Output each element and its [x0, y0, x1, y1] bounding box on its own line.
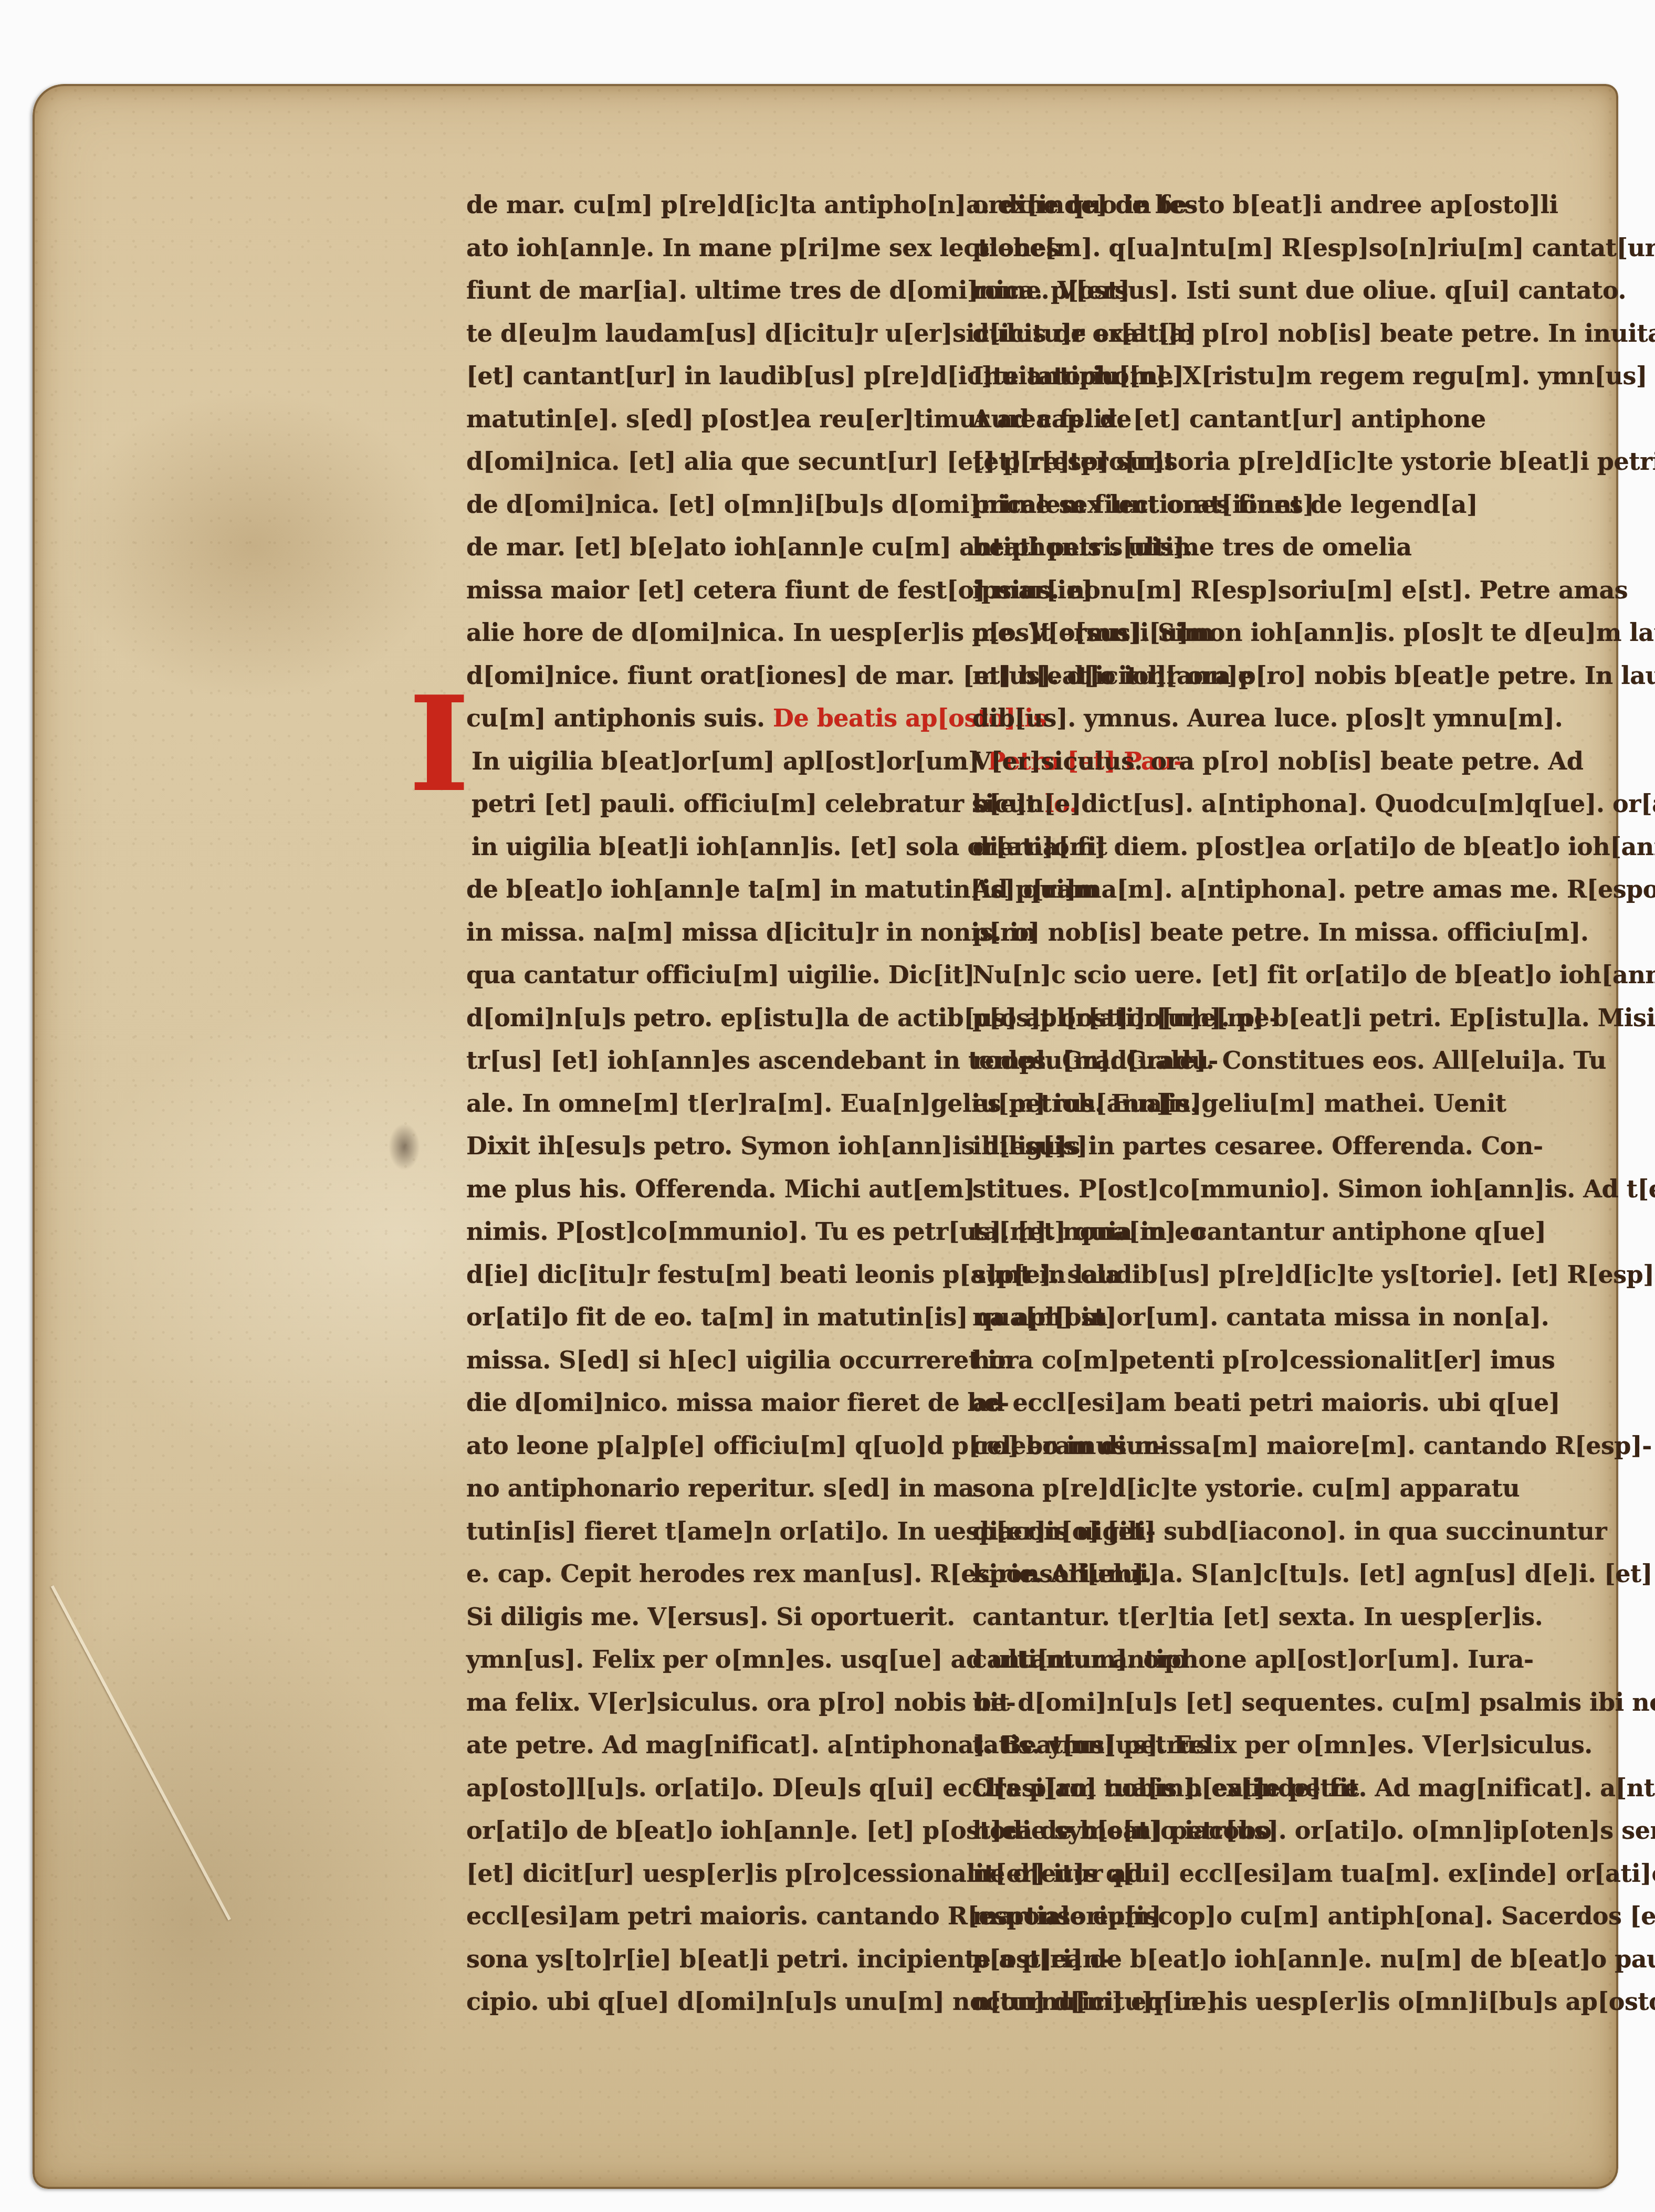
- text-line: celebramus missa[m] maiore[m]. cantando …: [972, 1425, 1434, 1468]
- text-line: n[on] d[icitu]r in his uesp[er]is o[mn]i…: [972, 1981, 1434, 2024]
- text-line: ne d[eu]s q[ui] eccl[esi]am tua[m]. ex[i…: [972, 1852, 1434, 1895]
- text-line: [et] dicit[ur] uesp[er]is p[ro]cessional…: [466, 1852, 939, 1895]
- text-line: Ora p[ro] nobis b[eat]e petre. Ad mag[ni…: [972, 1767, 1434, 1810]
- text-line: [et] cantant[ur] in laudib[us] p[re]d[ic…: [466, 355, 939, 398]
- text-line: ymn[us]. Felix per o[mn]es. usq[ue] ad u…: [466, 1638, 939, 1681]
- text-line: in uigilia b[eat]i ioh[ann]is. [et] sola…: [466, 826, 939, 869]
- text-line: alie hore de d[omi]nica. In uesp[er]is p…: [466, 612, 939, 655]
- text-line: ipsius. nonu[m] R[esp]soriu[m] e[st]. Pe…: [972, 569, 1434, 612]
- text-line: de b[eat]o ioh[ann]e ta[m] in matutin[is…: [466, 868, 939, 911]
- text-segment: petri [et] pauli. officiu[m] celebratur …: [472, 789, 1036, 818]
- red-initial-I: I: [408, 683, 451, 804]
- text-line: diacon[o] [et] subd[iacono]. in qua succ…: [972, 1510, 1434, 1553]
- text-line: Aurea felix. [et] cantant[ur] antiphone: [972, 398, 1434, 441]
- text-line: cantantur. t[er]tia [et] sexta. In uesp[…: [972, 1596, 1434, 1639]
- text-line: Inuitatoriu[m]. X[ristu]m regem regu[m].…: [972, 355, 1434, 398]
- text-line: missa maior [et] cetera fiunt de fest[o]…: [466, 569, 939, 612]
- text-line: ate petre. Ad mag[nificat]. a[ntiphona].…: [466, 1724, 939, 1767]
- text-line: e. cap. Cepit herodes rex man[us]. R[esp…: [466, 1553, 939, 1596]
- text-line: de mar. [et] b[e]ato ioh[ann]e cu[m] ant…: [466, 526, 939, 569]
- text-line: dib[us]. ymnus. Aurea luce. p[os]t ymnu[…: [972, 697, 1434, 740]
- text-line: b[e]n[e]dict[us]. a[ntiphona]. Quodcu[m]…: [972, 783, 1434, 826]
- text-line: [et] r[esp]o[n]soria p[re]d[ic]te ystori…: [972, 440, 1434, 483]
- text-line: ad eccl[esi]am beati petri maioris. ubi …: [972, 1382, 1434, 1425]
- text-line: ato ioh[ann]e. In mane p[ri]me sex lecti…: [466, 227, 939, 270]
- text-line: V[er]siculus. ora p[ro] nob[is] beate pe…: [972, 740, 1434, 783]
- text-line: Nu[n]c scio uere. [et] fit or[ati]o de b…: [972, 954, 1434, 997]
- text-line: missa. S[ed] si h[ec] uigilia occurreret…: [466, 1339, 939, 1382]
- text-line: die d[omi]nico. missa maior fieret de be…: [466, 1382, 939, 1425]
- text-line: me plus his. Offerenda. Michi aut[em]: [466, 1168, 939, 1211]
- text-line: p[os]t or[ati]o[n]e[m] b[eat]i petri. Ep…: [972, 997, 1434, 1040]
- text-line: te d[eu]m laudam[us] d[icitu]r u[er]sicu…: [466, 312, 939, 355]
- right-column: ordine quo in festo b[eat]i andree ap[os…: [972, 184, 1434, 2024]
- text-line: Dixit ih[esu]s petro. Symon ioh[ann]is d…: [466, 1125, 939, 1168]
- text-line: cantantur antiphone apl[ost]or[um]. Iura…: [972, 1638, 1434, 1681]
- text-line: prime sex lectiones fiunt de legend[a]: [972, 483, 1434, 526]
- text-line: or[ati]o de b[eat]o ioh[ann]e. [et] p[os…: [466, 1809, 939, 1852]
- text-line: hora co[m]petenti p[ro]cessionalit[er] i…: [972, 1339, 1434, 1382]
- text-segment: In uigilia b[eat]or[um] apl[ost]or[um]: [472, 747, 979, 775]
- text-line: qua cantatur officiu[m] uigilie. Dic[it]: [466, 954, 939, 997]
- text-line: d[ie] dic[itu]r festu[m] beati leonis p[…: [466, 1254, 939, 1297]
- text-line: stitues. P[ost]co[mmunio]. Simon ioh[ann…: [972, 1168, 1434, 1211]
- text-line: matutin[e]. s[ed] p[ost]ea reu[er]timur …: [466, 398, 939, 441]
- text-line: uit d[omi]n[u]s [et] sequentes. cu[m] ps…: [972, 1681, 1434, 1724]
- text-line: de d[omi]nica. [et] o[mn]i[bu]s d[omi]ni…: [466, 483, 939, 526]
- text-line: rodes. Grad[uale]. Constitues eos. All[e…: [972, 1039, 1434, 1082]
- text-line: nimis. P[ost]co[mmunio]. Tu es petr[us].…: [466, 1210, 939, 1254]
- text-line-with-rubric: In uigilia b[eat]or[um] apl[ost]or[um] P…: [466, 740, 939, 783]
- text-line-with-rubric: petri [et] pauli. officiu[m] celebratur …: [466, 783, 939, 826]
- text-line: dierna[m] diem. p[ost]ea or[ati]o de b[e…: [972, 826, 1434, 869]
- text-line: ato leone p[a]p[e] officiu[m] q[uo]d p[r…: [466, 1425, 939, 1468]
- text-line: tutin[is] fieret t[ame]n or[ati]o. In ue…: [466, 1510, 939, 1553]
- text-line: d[omi]nica. [et] alia que secunt[ur] [et…: [466, 440, 939, 483]
- text-line: ale. In omne[m] t[er]ra[m]. Eua[n]geliu[…: [466, 1082, 939, 1125]
- text-line: sunt in laudib[us] p[re]d[ic]te ys[torie…: [972, 1254, 1434, 1297]
- text-line: de mar. cu[m] p[re]d[ic]ta antipho[n]a. …: [466, 184, 939, 227]
- corner-fold-crease: [51, 1585, 231, 1921]
- ink-stain: [389, 1123, 420, 1171]
- text-line: d[icitu]r or[ati]o p[ro] nob[is] beate p…: [972, 312, 1434, 355]
- text-line: ordine quo in festo b[eat]i andree ap[os…: [972, 184, 1434, 227]
- text-line: m[us]. d[icitu]r ora p[ro] nobis b[eat]e…: [972, 655, 1434, 698]
- text-line: na apl[ost]or[um]. cantata missa in non[…: [972, 1296, 1434, 1339]
- text-line: hodie symo[n] petr[us]. or[ati]o. o[mn]i…: [972, 1809, 1434, 1852]
- text-line: es petrus. Eua[n]geliu[m] mathei. Uenit: [972, 1082, 1434, 1125]
- text-line: ta[m]. nona[m]. cantantur antiphone q[ue…: [972, 1210, 1434, 1254]
- text-line: in missa. na[m] missa d[icitu]r in nonis…: [466, 911, 939, 954]
- text-segment: cu[m] antiphonis suis.: [466, 704, 765, 732]
- text-line: p[ro] nob[is] beate petre. In missa. off…: [972, 911, 1434, 954]
- text-line: p[ost]ea de b[eat]o ioh[ann]e. nu[m] de …: [972, 1938, 1434, 1981]
- text-line: or[ati]o fit de eo. ta[m] in matutin[is]…: [466, 1296, 939, 1339]
- text-line: cipio. ubi q[ue] d[omi]n[u]s unu[m] noct…: [466, 1981, 939, 2024]
- text-line-with-rubric: cu[m] antiphonis suis. De beatis ap[osto…: [466, 697, 939, 740]
- text-line: eccl[esi]am petri maioris. cantando R[es…: [466, 1895, 939, 1938]
- text-line: rome. V[ersus]. Isti sunt due oliue. q[u…: [972, 269, 1434, 312]
- text-line: martiale ep[iscop]o cu[m] antiph[ona]. S…: [972, 1895, 1434, 1938]
- text-line: no antiphonario reperitur. s[ed] in ma-: [466, 1467, 939, 1510]
- text-line: ih[esu]s in partes cesaree. Offerenda. C…: [972, 1125, 1434, 1168]
- text-line: ap[osto]l[u]s. or[ati]o. D[eu]s q[ui] ec…: [466, 1767, 939, 1810]
- text-line: beati petri. ultime tres de omelia: [972, 526, 1434, 569]
- text-line: kirie. All[elui]a. S[an]c[tu]s. [et] agn…: [972, 1553, 1434, 1596]
- text-line: me. V[ersus]. Simon ioh[ann]is. p[os]t t…: [972, 612, 1434, 655]
- text-line: d[omi]n[u]s petro. ep[istu]la de actib[u…: [466, 997, 939, 1040]
- text-line: d[omi]nice. fiunt orat[iones] de mar. [e…: [466, 655, 939, 698]
- text-line: tatis. ymn[us]. Felix per o[mn]es. V[er]…: [972, 1724, 1434, 1767]
- text-line: plebe[m]. q[ua]ntu[m] R[esp]so[n]riu[m] …: [972, 227, 1434, 270]
- text-line: Ad p[ri]ma[m]. a[ntiphona]. petre amas m…: [972, 868, 1434, 911]
- text-line: sona ys[to]r[ie] b[eat]i petri. incipien…: [466, 1938, 939, 1981]
- left-column: de mar. cu[m] p[re]d[ic]ta antipho[n]a. …: [466, 184, 939, 2024]
- text-line: sona p[re]d[ic]te ystorie. cu[m] apparat…: [972, 1467, 1434, 1510]
- text-line: ma felix. V[er]siculus. ora p[ro] nobis …: [466, 1681, 939, 1724]
- text-line: tr[us] [et] ioh[ann]es ascendebant in te…: [466, 1039, 939, 1082]
- text-line: fiunt de mar[ia]. ultime tres de d[omi]n…: [466, 269, 939, 312]
- text-line: Si diligis me. V[ersus]. Si oportuerit.: [466, 1596, 939, 1639]
